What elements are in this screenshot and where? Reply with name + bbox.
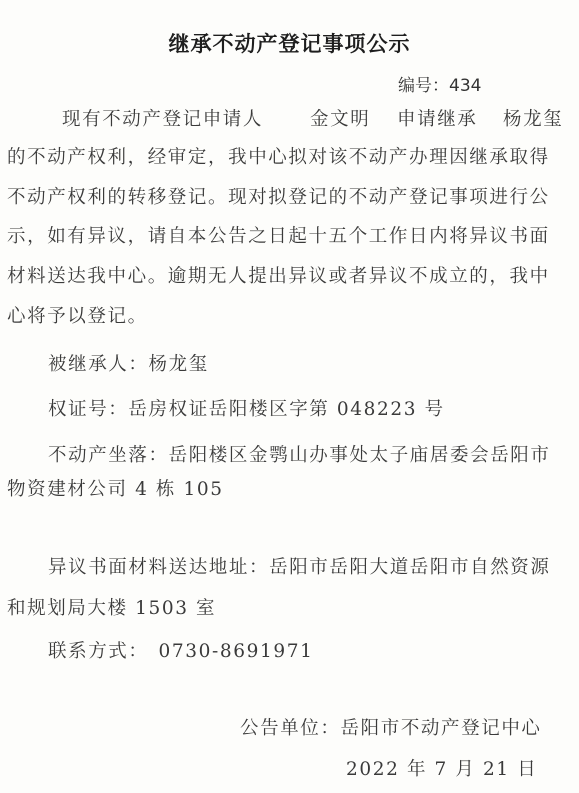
- objection-address-line2: 和规划局大楼 1503 室: [7, 594, 216, 620]
- body-line: 不动产权利的转移登记。现对拟登记的不动产登记事项进行公: [7, 183, 550, 209]
- intro-middle: 申请继承: [397, 105, 477, 131]
- location-value-line2: 物资建材公司 4 栋 105: [7, 475, 224, 501]
- notice-page: 继承不动产登记事项公示 编号：434 现有不动产登记申请人 金文明 申请继承 杨…: [0, 0, 579, 793]
- location-field: 不动产坐落：岳阳楼区金鹗山办事处太子庙居委会岳阳市: [48, 441, 551, 467]
- issue-date: 2022 年 7 月 21 日: [346, 755, 537, 781]
- issuer-value: 岳阳市不动产登记中心: [341, 718, 542, 739]
- certificate-field: 权证号：岳房权证岳阳楼区字第 048223 号: [48, 395, 445, 421]
- applicant-name: 金文明: [310, 105, 370, 131]
- document-number-label: 编号：: [398, 76, 449, 96]
- contact-label: 联系方式：: [48, 641, 149, 662]
- document-number: 编号：434: [398, 71, 481, 96]
- decedent-label: 被继承人：: [48, 354, 149, 375]
- intro-prefix: 现有不动产登记申请人: [62, 105, 263, 131]
- location-value-line1: 岳阳楼区金鹗山办事处太子庙居委会岳阳市: [169, 445, 551, 466]
- decedent-field: 被继承人：杨龙玺: [48, 350, 209, 376]
- certificate-label: 权证号：: [48, 399, 128, 420]
- body-line: 的不动产权利，经审定，我中心拟对该不动产办理因继承取得: [7, 143, 550, 169]
- certificate-value: 岳房权证岳阳楼区字第 048223 号: [128, 399, 444, 420]
- location-label: 不动产坐落：: [48, 445, 169, 466]
- decedent-name: 杨龙玺: [503, 105, 563, 131]
- issuer-field: 公告单位：岳阳市不动产登记中心: [240, 714, 542, 740]
- contact-field: 联系方式：0730-8691971: [48, 637, 313, 663]
- body-line: 示，如有异议，请自本公告之日起十五个工作日内将异议书面: [7, 222, 550, 248]
- issuer-label: 公告单位：: [240, 718, 341, 739]
- objection-address-label: 异议书面材料送达地址：: [48, 557, 269, 578]
- body-line: 材料送达我中心。逾期无人提出异议或者异议不成立的，我中: [7, 262, 550, 288]
- objection-address-field: 异议书面材料送达地址：岳阳市岳阳大道岳阳市自然资源: [48, 553, 551, 579]
- decedent-value: 杨龙玺: [149, 354, 209, 375]
- document-number-value: 434: [449, 76, 481, 96]
- body-line: 心将予以登记。: [7, 302, 148, 328]
- page-title: 继承不动产登记事项公示: [0, 28, 579, 58]
- contact-value: 0730-8691971: [159, 641, 314, 662]
- objection-address-line1: 岳阳市岳阳大道岳阳市自然资源: [269, 557, 550, 578]
